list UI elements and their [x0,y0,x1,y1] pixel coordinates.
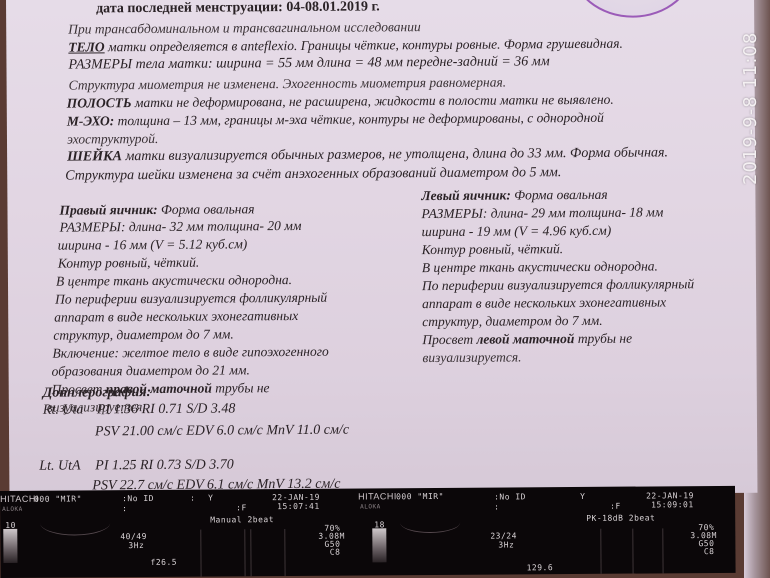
left-ovary-label: Левый яичник: [421,187,511,203]
doppler-rt-line-1: PI 1.36 RI 0.71 S/D 3.48 [97,401,236,418]
right-ovary-inclusion-1: Включение: желтое тело в виде гипоэхоген… [52,344,328,362]
left-tube: Просвет левой маточной трубы не [422,331,632,348]
left-ovary-title: Левый яичник: Форма овальная [421,187,607,204]
us-left-line-3 [250,529,251,576]
us-right-freq: 3Hz [498,540,514,549]
us-left-brand-sub: ALOKA [2,506,23,513]
us-right-brand-sub: ALOKA [360,503,381,510]
us-right-line-1 [600,529,601,574]
us-right-line-2 [632,529,633,574]
left-tube-end: визуализируется. [422,349,521,366]
photo-timestamp: 2019-9-8 11:08 [740,32,761,185]
us-right-arc [400,512,460,533]
us-right-scale-top: 18 [374,520,385,529]
right-tube-post: трубы не [212,380,270,395]
ultrasound-printout: HITACHI ALOKA 000 "MIR" :No ID : : Y :F … [0,486,736,578]
left-ovary-contour: Контур ровный, чёткий. [422,241,563,258]
m-echo-continuation: эхоструктурой. [67,131,159,148]
left-tube-bold: левой маточной [476,331,574,347]
left-ovary-size-1: РАЗМЕРЫ: длина- 29 мм толщина- 18 мм [421,204,663,222]
us-left-gray-scale [3,529,17,563]
right-ovary-contour: Контур ровный, чёткий. [58,255,199,272]
us-right-params: 70% 3.08M G50 C8 [690,524,714,556]
cavity-text: матки не деформирована, не расширена, жи… [131,92,613,110]
left-ovary-periphery-1: По периферии визуализируется фолликулярн… [422,276,694,294]
right-ovary-periphery-1: По периферии визуализируется фолликулярн… [55,290,327,308]
us-left-name: 000 "MIR" [34,494,82,503]
uterus-body-text: матки определяется в anteflexio. Границы… [105,36,623,55]
us-right-y: Y [580,492,585,501]
last-period: дата последней менструации: 04-08.01.201… [96,0,380,17]
left-ovary-center: В центре ткань акустически однородна. [422,258,658,276]
us-right-gray-scale [372,528,386,562]
stamp [570,0,695,18]
us-right-line-3 [662,528,663,573]
us-left-date: 22-JAN-19 [272,493,320,502]
us-right-id: :No ID [494,492,526,501]
cervix-text: матки визуализируется обычных размеров, … [122,145,668,164]
cervix-label: ШЕЙКА [67,149,122,164]
us-left-arc [40,510,110,535]
us-left-time: 15:07:41 [277,502,320,511]
us-right-id2: : [494,503,499,512]
us-left-depth: f26.5 [150,558,177,567]
right-ovary-label: Правый яичник: [59,202,157,218]
right-ovary-title: Правый яичник: Форма овальная [59,201,254,218]
us-left-mode: Manual 2beat [210,515,274,524]
right-ovary-center: В центре ткань акустически однородна. [56,272,292,290]
right-ovary-size-2: ширина - 16 мм (V = 5.12 куб.см) [58,236,248,253]
uterus-body: ТЕЛО матки определяется в anteflexio. Гр… [68,36,623,56]
us-right-frame: 23/24 [490,531,517,540]
myometrium-structure: Структура миометрия не изменена. Эхогенн… [69,75,507,94]
doppler-title: Допплерография: [43,385,151,402]
uterus-size-text: тела матки: ширина = 55 мм длина = 48 мм… [132,54,550,72]
us-left-line-1 [200,530,201,577]
uterus-size-label: РАЗМЕРЫ [68,57,132,72]
us-left-scale-top: 10 [5,521,16,530]
last-period-label: дата последней менструации: [96,0,283,16]
uterus-size: РАЗМЕРЫ тела матки: ширина = 55 мм длина… [68,54,549,73]
us-left-colon: : [190,494,195,503]
uterus-body-label: ТЕЛО [68,39,104,54]
us-right-time: 15:09:01 [651,500,694,509]
doppler-rt-line-2: PSV 21.00 см/с EDV 6.0 см/с MnV 11.0 см/… [95,423,349,441]
m-echo: М-ЭХО: толщина – 13 мм, границы м-эха чё… [67,110,604,130]
report-page: дата последней менструации: 04-08.01.201… [6,0,757,498]
m-echo-label: М-ЭХО: [67,113,114,128]
us-left-param-c: C8 [318,549,340,557]
us-left-line-4 [284,529,285,576]
right-ovary-periphery-2: аппарат в виде нескольких эхонегативных [54,308,298,326]
us-left-id: :No ID [122,494,154,503]
cervix-structure: Структура шейки изменена за счёт анэхоге… [65,165,561,184]
left-ovary-periphery-2: аппарат в виде нескольких эхонегативных [422,294,666,312]
us-left-line-2 [244,529,245,576]
us-left-id2: : [122,504,127,513]
doppler-rt-label: Rt. Uta [43,402,84,418]
us-right-f: :F [610,502,621,511]
cervix: ШЕЙКА матки визуализируется обычных разм… [67,145,668,165]
us-right-brand: HITACHI [358,491,397,501]
us-left-frame: 40/49 [120,532,147,541]
m-echo-text: толщина – 13 мм, границы м-эха чёткие, к… [114,110,604,128]
left-ovary-size-2: ширина - 19 мм (V = 4.96 куб.см) [422,223,612,240]
us-left-y: Y [208,494,213,503]
us-left-params: 70% 3.08M G50 C8 [318,525,340,557]
doppler-lt-label: Lt. UtA [39,458,80,474]
left-ovary-shape: Форма овальная [511,187,608,203]
us-left-freq: 3Hz [128,541,144,550]
doppler-lt-line-1: PI 1.25 RI 0.73 S/D 3.70 [95,457,234,474]
cavity-label: ПОЛОСТЬ [67,95,132,110]
left-tube-post: трубы не [574,331,632,346]
left-tube-pre: Просвет [422,332,476,347]
us-left-f: :F [236,503,247,512]
us-right-mode: PK-18dB 2beat [586,513,655,522]
us-right-name: 000 "MIR" [396,492,444,501]
right-ovary-shape: Форма овальная [158,201,255,217]
right-ovary-size-1: РАЗМЕРЫ: длина- 32 мм толщина- 20 мм [60,218,302,236]
left-ovary-periphery-3: структур, диаметром до 7 мм. [422,313,602,330]
us-right-param-c: C8 [690,548,714,556]
last-period-value: 04-08.01.2019 г. [286,0,380,15]
us-right-date: 22-JAN-19 [646,491,694,500]
us-right-depth: 129.6 [527,563,554,572]
right-ovary-inclusion-2: образования диаметром до 21 мм. [52,362,250,379]
exam-method: При трансабдоминальном и трансвагинально… [68,19,421,37]
right-ovary-periphery-3: структур, диаметром до 7 мм. [53,326,233,343]
uterine-cavity: ПОЛОСТЬ матки не деформирована, не расши… [67,92,614,112]
